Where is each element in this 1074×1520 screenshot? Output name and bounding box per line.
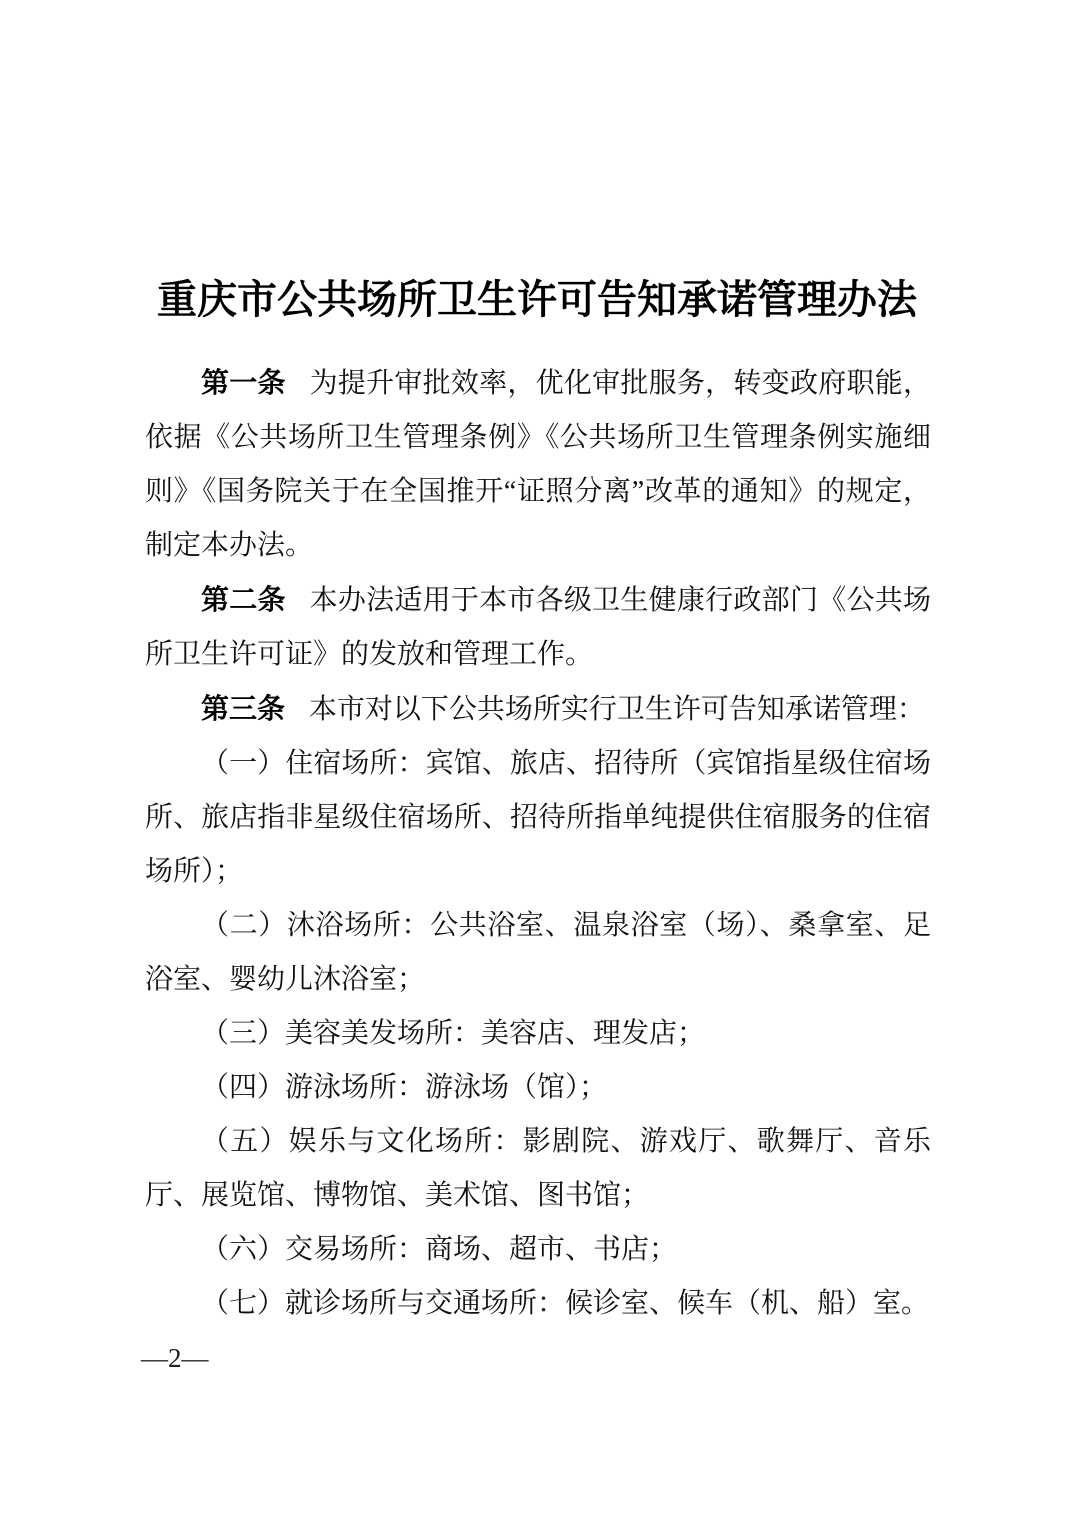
list-item-7-paragraph: （七）就诊场所与交通场所：候诊室、候车（机、船）室。 [145, 1277, 931, 1331]
article-3-text: 本市对以下公共场所实行卫生许可告知承诺管理： [309, 694, 925, 725]
page-number: —2— [141, 1341, 209, 1375]
document-page: 重庆市公共场所卫生许可告知承诺管理办法 第一条为提升审批效率，优化审批服务，转变… [0, 0, 1074, 1520]
article-2-label: 第二条 [201, 584, 286, 615]
list-item-5-paragraph: （五）娱乐与文化场所：影剧院、游戏厅、歌舞厅、音乐厅、展览馆、博物馆、美术馆、图… [145, 1115, 931, 1223]
article-1-paragraph: 第一条为提升审批效率，优化审批服务，转变政府职能，依据《公共场所卫生管理条例》《… [145, 356, 931, 573]
list-item-2-text: （二）沐浴场所：公共浴室、温泉浴室（场）、桑拿室、足浴室、婴幼儿沐浴室； [145, 910, 931, 995]
document-title: 重庆市公共场所卫生许可告知承诺管理办法 [0, 273, 1074, 327]
list-item-4-paragraph: （四）游泳场所：游泳场（馆）； [145, 1061, 931, 1115]
article-1-label: 第一条 [201, 367, 286, 398]
list-item-3-text: （三）美容美发场所：美容店、理发店； [201, 1018, 705, 1049]
list-item-2-paragraph: （二）沐浴场所：公共浴室、温泉浴室（场）、桑拿室、足浴室、婴幼儿沐浴室； [145, 899, 931, 1007]
list-item-7-text: （七）就诊场所与交通场所：候诊室、候车（机、船）室。 [201, 1288, 929, 1319]
list-item-6-paragraph: （六）交易场所：商场、超市、书店； [145, 1223, 931, 1277]
article-2-paragraph: 第二条本办法适用于本市各级卫生健康行政部门《公共场所卫生许可证》的发放和管理工作… [145, 573, 931, 682]
article-3-paragraph: 第三条本市对以下公共场所实行卫生许可告知承诺管理： [145, 682, 931, 737]
list-item-5-text: （五）娱乐与文化场所：影剧院、游戏厅、歌舞厅、音乐厅、展览馆、博物馆、美术馆、图… [145, 1126, 931, 1211]
list-item-6-text: （六）交易场所：商场、超市、书店； [201, 1234, 677, 1265]
document-body: 第一条为提升审批效率，优化审批服务，转变政府职能，依据《公共场所卫生管理条例》《… [145, 356, 931, 1331]
list-item-3-paragraph: （三）美容美发场所：美容店、理发店； [145, 1007, 931, 1061]
list-item-4-text: （四）游泳场所：游泳场（馆）； [201, 1072, 607, 1103]
list-item-1-text: （一）住宿场所：宾馆、旅店、招待所（宾馆指星级住宿场所、旅店指非星级住宿场所、招… [145, 748, 931, 887]
article-3-label: 第三条 [201, 693, 285, 724]
list-item-1-paragraph: （一）住宿场所：宾馆、旅店、招待所（宾馆指星级住宿场所、旅店指非星级住宿场所、招… [145, 737, 931, 899]
